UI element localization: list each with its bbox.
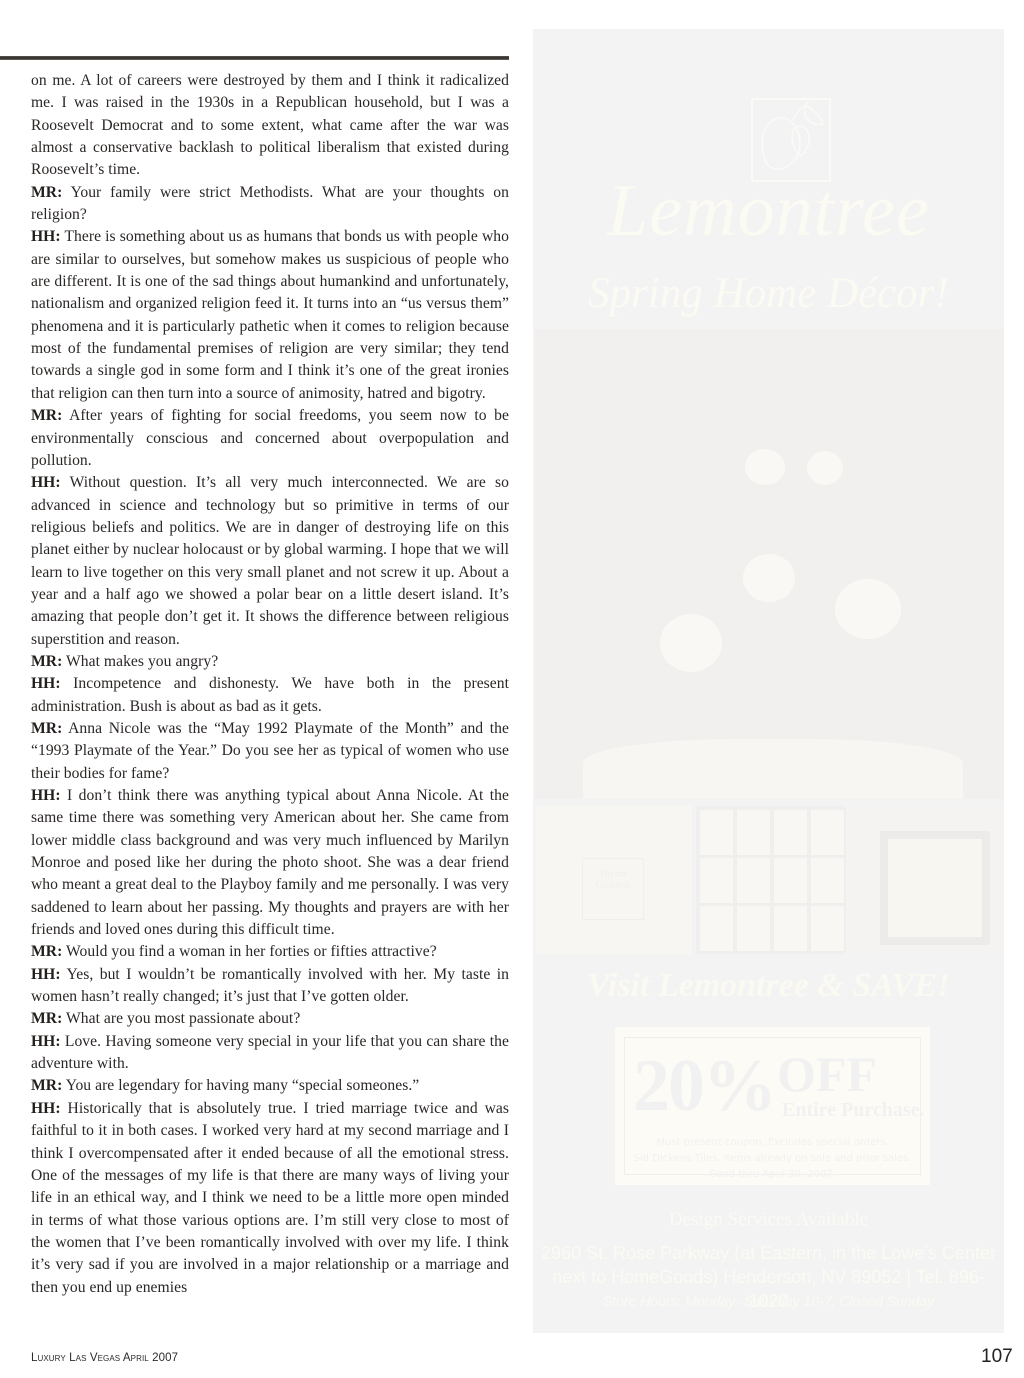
speaker-label: HH:	[31, 1033, 61, 1050]
speaker-label: MR:	[31, 943, 62, 960]
question-paragraph: MR: After years of fighting for social f…	[31, 405, 509, 472]
paragraph-text: Your family were strict Methodists. What…	[31, 184, 509, 223]
page-number: 107	[981, 1346, 1013, 1368]
script-tile	[700, 906, 733, 951]
speaker-label: HH:	[31, 474, 61, 491]
speaker-label: HH:	[31, 966, 61, 983]
paragraph-text: What are you most passionate about?	[66, 1010, 300, 1027]
address-line: 2960 St. Rose Parkway (at Eastern, in th…	[533, 1241, 1004, 1265]
brand-name: Lemontree	[533, 169, 1004, 254]
target-tile	[774, 906, 807, 951]
lily-bloom	[807, 451, 843, 485]
answer-paragraph: HH: Yes, but I wouldn’t be romantically …	[31, 964, 509, 1009]
lily-bloom	[745, 449, 785, 485]
speaker-label: MR:	[31, 720, 62, 737]
table-runner	[583, 739, 963, 799]
speaker-label: MR:	[31, 1010, 62, 1027]
coupon-entire-purchase: Entire Purchase.	[782, 1099, 925, 1122]
speaker-label: HH:	[31, 675, 61, 692]
design-services: Design Services Available	[533, 1209, 1004, 1231]
paragraph-text: Yes, but I wouldn’t be romantically invo…	[31, 966, 509, 1005]
answer-paragraph: HH: Historically that is absolutely true…	[31, 1098, 509, 1299]
paragraph-text: Would you find a woman in her forties or…	[66, 943, 437, 960]
answer-paragraph: HH: Incompetence and dishonesty. We have…	[31, 673, 509, 718]
candle-jar-photo: Thyme Goddess	[536, 806, 692, 954]
bird-tile	[811, 810, 844, 855]
paragraph-text: I don’t think there was anything typical…	[31, 787, 509, 938]
harlequin-tile	[737, 810, 770, 855]
store-hours: Store Hours: Monday -Saturday 10-7, Clos…	[533, 1293, 1004, 1309]
speaker-label: HH:	[31, 787, 61, 804]
question-paragraph: MR: Your family were strict Methodists. …	[31, 182, 509, 227]
coupon-percent: 20%	[633, 1049, 775, 1123]
paragraph-text: Anna Nicole was the “May 1992 Playmate o…	[31, 720, 509, 782]
paragraph-text: There is something about us as humans th…	[31, 228, 509, 401]
speaker-label: MR:	[31, 407, 62, 424]
paragraph-text: on me. A lot of careers were destroyed b…	[31, 72, 509, 178]
question-paragraph: MR: What makes you angry?	[31, 651, 509, 673]
decorative-tiles-photo	[696, 806, 846, 954]
question-paragraph: MR: Anna Nicole was the “May 1992 Playma…	[31, 718, 509, 785]
paragraph-text: You are legendary for having many “speci…	[66, 1077, 420, 1094]
speaker-label: MR:	[31, 184, 62, 201]
answer-paragraph: HH: There is something about us as human…	[31, 226, 509, 405]
interview-article: on me. A lot of careers were destroyed b…	[31, 70, 509, 1299]
treble-clef-tile	[700, 810, 733, 855]
question-paragraph: MR: You are legendary for having many “s…	[31, 1075, 509, 1097]
speaker-label: MR:	[31, 653, 62, 670]
paragraph-text: After years of fighting for social freed…	[31, 407, 509, 469]
fine-print-line: Must present coupon. Excludes special or…	[615, 1135, 930, 1151]
answer-paragraph: HH: Without question. It’s all very much…	[31, 472, 509, 651]
ornament-tile	[737, 906, 770, 951]
speaker-label: HH:	[31, 228, 61, 245]
fine-print-line: Sid Dickens Tiles, items already on sale…	[615, 1151, 930, 1167]
flower-arrangement-photo	[535, 329, 1004, 799]
paragraph-text: Love. Having someone very special in you…	[31, 1033, 509, 1072]
speaker-label: MR:	[31, 1077, 62, 1094]
visit-headline: Visit Lemontree & SAVE!	[533, 967, 1004, 1005]
lemontree-advertisement: Lemontree Spring Home Décor! Thyme Godde…	[533, 29, 1004, 1333]
coupon-off: OFF	[777, 1049, 877, 1099]
framed-art-photo	[850, 806, 1004, 954]
hearts-tile	[811, 906, 844, 951]
ad-tagline: Spring Home Décor!	[533, 269, 1004, 318]
chess-queen-tile	[811, 858, 844, 903]
paragraph-text: What makes you angry?	[66, 653, 218, 670]
magazine-footer: Luxury Las Vegas April 2007	[31, 1352, 178, 1364]
damask-tile	[774, 858, 807, 903]
answer-paragraph: HH: Love. Having someone very special in…	[31, 1031, 509, 1076]
paragraph-text: Historically that is absolutely true. I …	[31, 1100, 509, 1296]
jar-label: Thyme Goddess	[582, 858, 644, 920]
paragraph-text: Incompetence and dishonesty. We have bot…	[31, 675, 509, 714]
chrysanthemum-bloom	[835, 579, 901, 639]
question-paragraph: MR: What are you most passionate about?	[31, 1008, 509, 1030]
fine-print-line: Good thru April 30, 2007.	[615, 1167, 930, 1183]
paragraph-text: Without question. It’s all very much int…	[31, 474, 509, 647]
framed-landscape	[880, 831, 990, 945]
checker-tile	[700, 858, 733, 903]
top-rule-divider	[0, 56, 509, 60]
question-paragraph: MR: Would you find a woman in her fortie…	[31, 941, 509, 963]
horse-tile	[737, 858, 770, 903]
paragraph-continuation: on me. A lot of careers were destroyed b…	[31, 70, 509, 182]
speaker-label: HH:	[31, 1100, 61, 1117]
chrysanthemum-bloom	[660, 614, 722, 672]
answer-paragraph: HH: I don’t think there was anything typ…	[31, 785, 509, 941]
rose-bloom	[743, 554, 795, 602]
coupon-fine-print: Must present coupon. Excludes special or…	[615, 1135, 930, 1183]
discount-coupon: 20% OFF Entire Purchase. Must present co…	[615, 1027, 930, 1185]
tree-tile	[774, 810, 807, 855]
